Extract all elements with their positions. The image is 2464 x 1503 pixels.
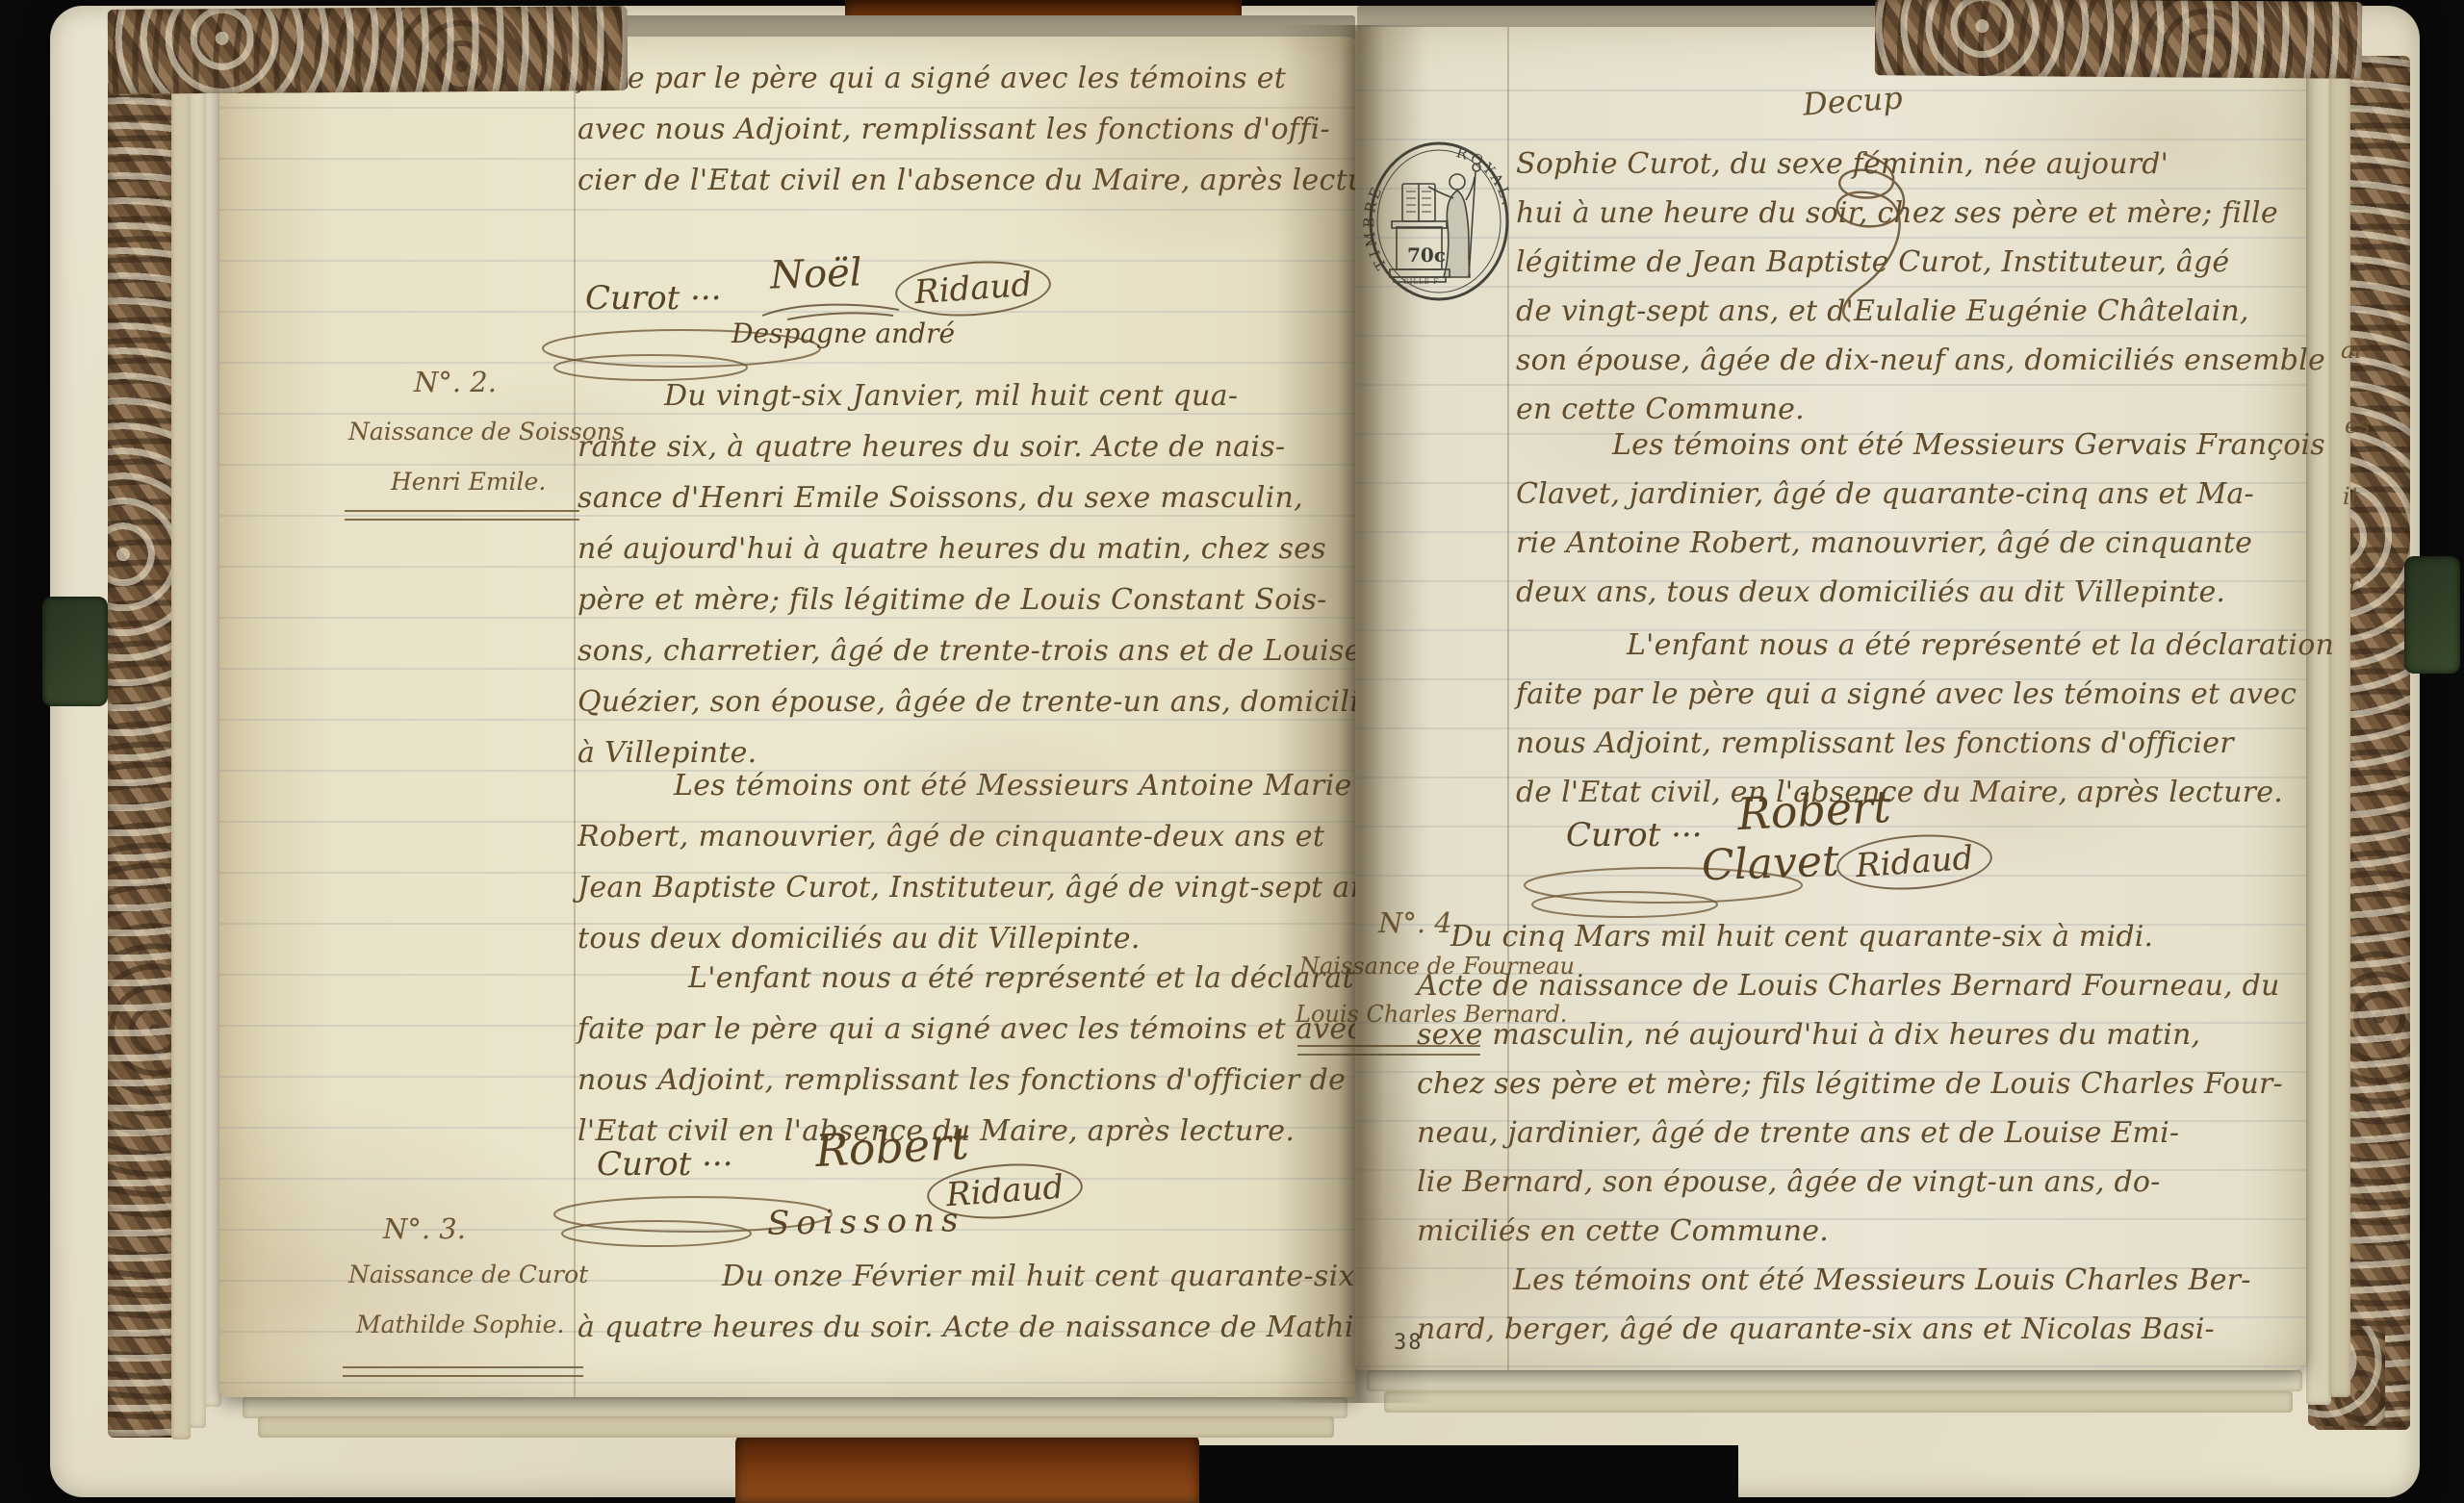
handwritten-text-line: avec nous Adjoint, remplissant les fonct… (577, 104, 1309, 155)
handwritten-text-line: nous Adjoint, remplissant les fonctions … (1516, 719, 2296, 768)
handwritten-text-line: lie Bernard, son épouse, âgée de vingt-u… (1417, 1158, 2283, 1207)
handwritten-text-line: L'enfant nous a été représenté et la déc… (1516, 621, 2296, 670)
act2-margin-number: N°. 2. (414, 366, 497, 398)
handwritten-text-line: Les témoins ont été Messieurs Antoine Ma… (577, 760, 1319, 811)
handwritten-text-line: Robert, manouvrier, âgé de cinquante-deu… (577, 811, 1319, 862)
act3-margin-title: Mathilde Sophie. (356, 1311, 564, 1338)
act4-paragraph-2: Les témoins ont été Messieurs Louis Char… (1417, 1256, 2283, 1354)
handwritten-text-line: sons, charretier, âgé de trente-trois an… (577, 625, 1319, 676)
margin-separator-rule (345, 510, 579, 521)
page-stack-edge (1367, 1370, 2302, 1391)
act2-margin-title: Henri Emile. (391, 468, 546, 496)
corner-annotation: Decup (1802, 79, 1904, 122)
handwritten-text-line: neau, jardinier, âgé de trente ans et de… (1417, 1108, 2283, 1158)
act3-paragraph-3: L'enfant nous a été représenté et la déc… (1516, 621, 2296, 817)
handwritten-text-line: Sophie Curot, du sexe féminin, née aujou… (1516, 140, 2296, 189)
handwritten-text-line: faite par le père qui a signé avec les t… (577, 1004, 1319, 1055)
handwritten-text-line: faite par le père qui a signé avec les t… (577, 53, 1309, 104)
edge-text-fragment: es (2345, 412, 2371, 439)
handwritten-text-line: légitime de Jean Baptiste Curot, Institu… (1516, 238, 2296, 287)
signature-ridaud: Ridaud (1835, 829, 1994, 894)
act2-paragraph-2: Les témoins ont été Messieurs Antoine Ma… (577, 760, 1319, 964)
act3-paragraph-2: Les témoins ont été Messieurs Gervais Fr… (1516, 420, 2296, 617)
handwritten-text-line: Quézier, son épouse, âgée de trente-un a… (577, 676, 1319, 727)
signature-robert: Robert (1736, 780, 1892, 840)
signature-robert: Robert (814, 1117, 970, 1177)
signature-curot: Curot ··· (597, 1145, 733, 1184)
page-stack-edge (171, 58, 191, 1439)
handwritten-text-line: son épouse, âgée de dix-neuf ans, domici… (1516, 336, 2296, 385)
act4-paragraph-1: Du cinq Mars mil huit cent quarante-six … (1417, 912, 2283, 1256)
edge-text-fragment: al (2341, 337, 2362, 364)
handwritten-text-line: rante six, à quatre heures du soir. Acte… (577, 421, 1319, 472)
handwritten-text-line: père et mère; fils légitime de Louis Con… (577, 574, 1319, 625)
handwritten-text-line: cier de l'Etat civil en l'absence du Mai… (577, 155, 1309, 206)
page-stack-edge (1384, 1391, 2293, 1413)
handwritten-text-line: faite par le père qui a signé avec les t… (1516, 670, 2296, 719)
signature-curot: Curot ··· (1566, 816, 1703, 854)
margin-divider-line (574, 37, 576, 1397)
stamp-value: 70c (1407, 243, 1446, 267)
stamp-text-left: TIMBRE (1361, 182, 1390, 272)
page-stack-edge (2306, 38, 2331, 1405)
handwritten-text-line: rie Antoine Robert, manouvrier, âgé de c… (1516, 519, 2296, 568)
act3-margin-title: Naissance de Curot (348, 1261, 588, 1288)
signature-noel: Noël (769, 250, 862, 297)
timbre-royal-stamp: TIMBRE ROYAL. 70c GILLE F (1361, 133, 1517, 308)
act2-paragraph-1: Du vingt-six Janvier, mil huit cent qua-… (577, 370, 1319, 778)
marbled-endpaper-top-left (108, 6, 629, 94)
handwritten-text-line: sexe masculin, né aujourd'hui à dix heur… (1417, 1010, 2283, 1059)
act3-paragraph-1: Du onze Février mil huit cent quarante-s… (577, 1251, 1319, 1353)
backdrop-gap (1199, 1445, 1738, 1503)
marbled-endpaper-left (108, 79, 177, 1438)
page-stack-edge (2329, 50, 2350, 1397)
handwritten-text-line: de l'Etat civil, en l'absence du Maire, … (1516, 768, 2296, 817)
handwritten-text-line: Du cinq Mars mil huit cent quarante-six … (1417, 912, 2283, 961)
signature-curot: Curot ··· (585, 279, 722, 318)
signature-soissons: Soissons (767, 1201, 965, 1243)
handwritten-text-line: Du vingt-six Janvier, mil huit cent qua- (577, 370, 1319, 421)
page-number: 38 (1394, 1331, 1424, 1355)
handwritten-text-line: Les témoins ont été Messieurs Gervais Fr… (1516, 420, 2296, 470)
handwritten-text-line: né aujourd'hui à quatre heures du matin,… (577, 523, 1319, 574)
stamp-engraver: GILLE F (1403, 278, 1439, 286)
handwritten-text-line: à quatre heures du soir. Acte de naissan… (577, 1302, 1319, 1353)
act3-paragraph-1-cont: Sophie Curot, du sexe féminin, née aujou… (1516, 140, 2296, 434)
act3-margin-number: N°. 3. (383, 1212, 466, 1245)
signature-clavet: Clavet (1701, 837, 1839, 891)
handwritten-text-line: nous Adjoint, remplissant les fonctions … (577, 1055, 1319, 1106)
handwritten-text-line: Les témoins ont été Messieurs Louis Char… (1417, 1256, 2283, 1305)
left-page: faite par le père qui a signé avec les t… (219, 37, 1355, 1397)
handwritten-text-line: L'enfant nous a été représenté et la déc… (577, 953, 1319, 1004)
signature-ridaud: Ridaud (893, 256, 1053, 320)
handwritten-text-line: miciliés en cette Commune. (1417, 1207, 2283, 1256)
signature-despagne-andre: Despagne andré (731, 318, 955, 349)
page-stack-edge (243, 1397, 1347, 1418)
photo-backdrop: faite par le père qui a signé avec les t… (0, 0, 2464, 1503)
edge-text-fragment: r (2348, 570, 2359, 597)
handwritten-text-line: hui à une heure du soir, chez ses père e… (1516, 189, 2296, 238)
handwritten-text-line: Clavet, jardinier, âgé de quarante-cinq … (1516, 470, 2296, 519)
page-stack-edge (258, 1416, 1334, 1438)
book-clasp-right (2404, 556, 2460, 674)
book-clasp-left (42, 597, 108, 706)
marbled-endpaper-top-right (1875, 0, 2363, 79)
edge-text-fragment: it (2343, 483, 2359, 510)
handwritten-text-line: deux ans, tous deux domiciliés au dit Vi… (1516, 568, 2296, 617)
handwritten-text-line: Du onze Février mil huit cent quarante-s… (577, 1251, 1319, 1302)
handwritten-text-line: chez ses père et mère; fils légitime de … (1417, 1059, 2283, 1108)
handwritten-text-line: sance d'Henri Emile Soissons, du sexe ma… (577, 472, 1319, 523)
book-spine-bottom (735, 1434, 1199, 1503)
margin-separator-rule (343, 1366, 583, 1377)
handwritten-text-line: de vingt-sept ans, et d'Eulalie Eugénie … (1516, 287, 2296, 336)
right-page: Decup TIMBRE ROYAL. (1355, 27, 2306, 1370)
page-block-top-edge (1357, 6, 1877, 29)
act1-closing-paragraph: faite par le père qui a signé avec les t… (577, 53, 1309, 206)
handwritten-text-line: nard, berger, âgé de quarante-six ans et… (1417, 1305, 2283, 1354)
handwritten-text-line: Jean Baptiste Curot, Instituteur, âgé de… (577, 862, 1319, 913)
handwritten-text-line: Acte de naissance de Louis Charles Berna… (1417, 961, 2283, 1010)
